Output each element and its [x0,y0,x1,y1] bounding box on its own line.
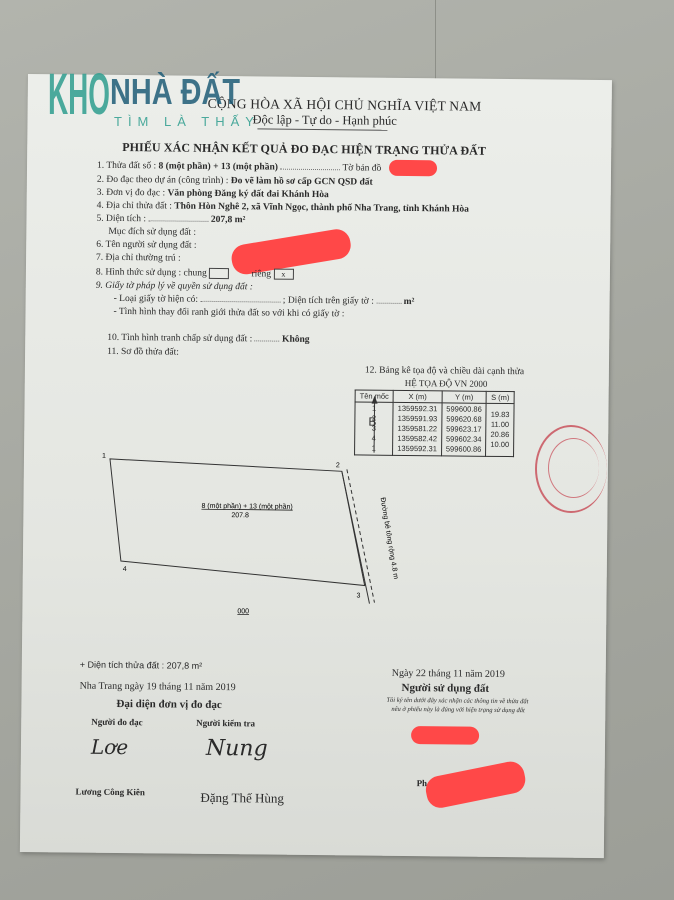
svg-text:2: 2 [336,462,340,469]
header-underline [257,128,387,130]
document-paper: CỘNG HÒA XÃ HỘI CHỦ NGHĨA VIỆT NAM Độc l… [20,74,612,858]
field-legal-docs: 9. Giấy tờ pháp lý về quyền sử dụng đất … [96,281,253,293]
name-inspector: Đặng Thế Hùng [200,790,284,807]
field-parcel-number: 1. Thửa đất số : 8 (một phần) + 13 (một … [97,161,381,174]
checkbox-shared [209,268,229,279]
svg-text:207.8: 207.8 [231,512,249,519]
svg-text:NHÀ ĐẤT: NHÀ ĐẤT [110,71,240,112]
watermark-logo: KHO NHÀ ĐẤT TÌM LÀ THẤY [48,52,258,132]
svg-text:3: 3 [357,592,361,599]
redaction-signature [411,726,479,745]
field-sketch: 11. Sơ đồ thửa đất: [107,347,179,358]
field-dispute: 10. Tình hình tranh chấp sử dụng đất : K… [107,333,309,345]
role-inspector: Người kiểm tra [196,718,255,729]
coord-system: HỆ TỌA ĐỘ VN 2000 [405,378,488,389]
svg-text:KHO: KHO [48,62,110,127]
area-note: + Diện tích thửa đất : 207,8 m² [80,660,202,671]
right-date: Ngày 22 tháng 11 năm 2019 [392,668,505,680]
svg-text:000: 000 [237,608,249,615]
parcel-diagram: B 1 2 3 4 8 (một phần) + 13 (một phần) 2… [82,365,405,628]
field-usage-form: 8. Hình thức sử dụng : chung riêng x [96,267,294,280]
checkbox-private: x [273,269,293,280]
name-surveyor: Lương Công Kiên [75,787,145,798]
field-address: 4. Địa chỉ thửa đất : Thôn Hòn Nghê 2, x… [97,201,469,215]
left-sign-title: Đại diện đơn vị đo đạc [116,698,222,711]
field-land-use: Mục đích sử dụng đất : [108,227,196,238]
motto: Độc lập - Tự do - Hạnh phúc [252,112,397,129]
svg-text:TÌM LÀ THẤY: TÌM LÀ THẤY [114,114,258,129]
field-boundary-change: - Tình hình thay đổi ranh giới thửa đất … [113,307,344,319]
svg-text:Đường bê tông rộng 4.8 m: Đường bê tông rộng 4.8 m [379,497,399,580]
svg-text:8 (một phần) + 13 (một phần): 8 (một phần) + 13 (một phần) [201,501,292,511]
left-date: Nha Trang ngày 19 tháng 11 năm 2019 [80,681,236,694]
document-title: PHIẾU XÁC NHẬN KẾT QUẢ ĐO ĐẠC HIỆN TRẠNG… [122,140,486,159]
field-owner: 6. Tên người sử dụng đất : [96,240,196,251]
signature-surveyor: Lơe [91,735,128,759]
official-stamp-inner [548,438,599,498]
field-project: 2. Đo đạc theo dự án (công trình) : Đo v… [97,175,373,188]
redaction-owner-name [423,759,527,810]
svg-text:1: 1 [102,453,106,460]
field-survey-unit: 3. Đơn vị đo đạc : Văn phòng Đăng ký đất… [97,188,329,200]
right-note-1: Tôi ký tên dưới đây xác nhận các thông t… [386,697,528,705]
redaction-map-sheet [389,160,437,177]
right-note-2: nêu ở phiếu này là đúng với hiện trạng s… [391,706,525,714]
signature-inspector: Nung [206,736,268,762]
wall-crack [435,0,436,90]
field-residence: 7. Địa chỉ thường trú : [96,253,181,264]
field-area: 5. Diện tích : 207,8 m² [96,214,245,226]
svg-text:B: B [368,415,376,429]
role-surveyor: Người đo đạc [91,717,142,728]
field-doc-type: - Loại giấy tờ hiện có: ; Diện tích trên… [114,294,415,307]
right-sign-title: Người sử dụng đất [402,682,490,695]
svg-text:4: 4 [123,566,127,573]
